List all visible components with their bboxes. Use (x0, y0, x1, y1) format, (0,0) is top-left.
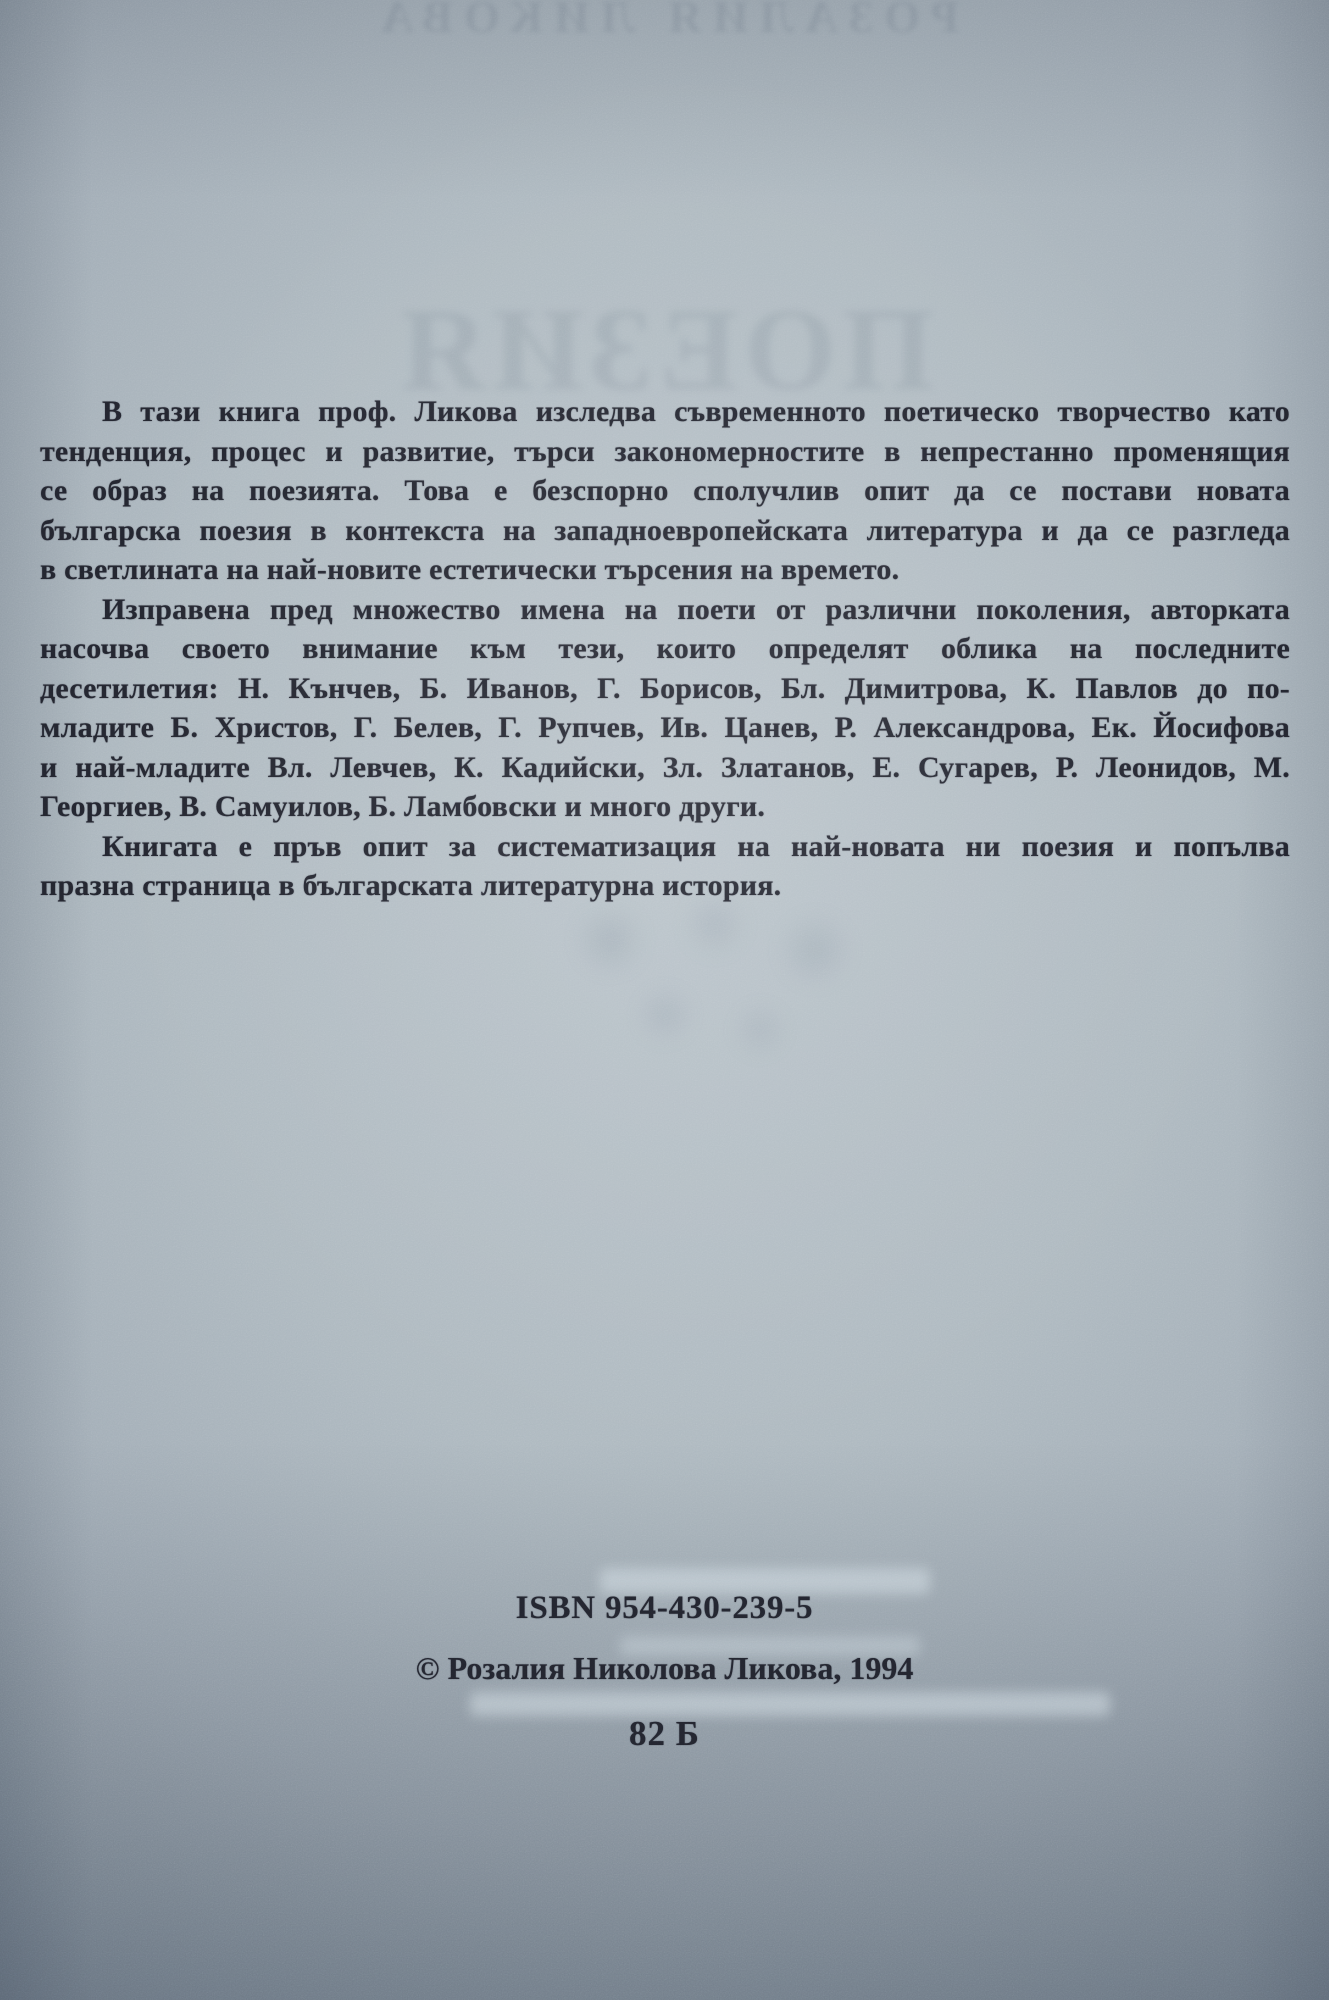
text-line: се образ на поезията. Това е безспорно с… (40, 471, 1290, 511)
text-line: тенденция, процес и развитие, търси зако… (40, 432, 1290, 472)
text-line: младите Б. Христов, Г. Белев, Г. Рупчев,… (40, 708, 1290, 748)
body-text: В тази книга проф. Ликова изследва съвре… (40, 392, 1290, 906)
text-line: десетилетия: Н. Кънчев, Б. Иванов, Г. Бо… (40, 669, 1290, 709)
showthrough-imprint-line (470, 1692, 1110, 1716)
isbn-line: ISBN 954-430-239-5 (0, 1590, 1329, 1627)
copyright-line: © Розалия Николова Ликова, 1994 (0, 1650, 1329, 1687)
text-line: насочва своето внимание към тези, които … (40, 629, 1290, 669)
classification-code: 82 Б (0, 1714, 1329, 1754)
text-line: Книгата е пръв опит за систематизация на… (40, 827, 1290, 867)
showthrough-author-name: РОЗАЛИЯ ЛИКОВА (0, 0, 1329, 43)
photo-vignette (0, 0, 1329, 2000)
text-line: празна страница в българската литературн… (40, 866, 1290, 906)
paper-grain-texture (0, 0, 1329, 2000)
scanned-book-page: РОЗАЛИЯ ЛИКОВА ПОЕЗИЯ В тази книга проф.… (0, 0, 1329, 2000)
showthrough-floral-ornament (515, 880, 915, 1080)
text-line: и най-младите Вл. Левчев, К. Кадийски, З… (40, 748, 1290, 788)
text-line: В тази книга проф. Ликова изследва съвре… (40, 392, 1290, 432)
text-line: Изправена пред множество имена на поети … (40, 590, 1290, 630)
text-line: в светлината на най-новите естетически т… (40, 550, 1290, 590)
text-line: Георгиев, В. Самуилов, Б. Ламбовски и мн… (40, 787, 1290, 827)
text-line: българска поезия в контекста на западное… (40, 511, 1290, 551)
